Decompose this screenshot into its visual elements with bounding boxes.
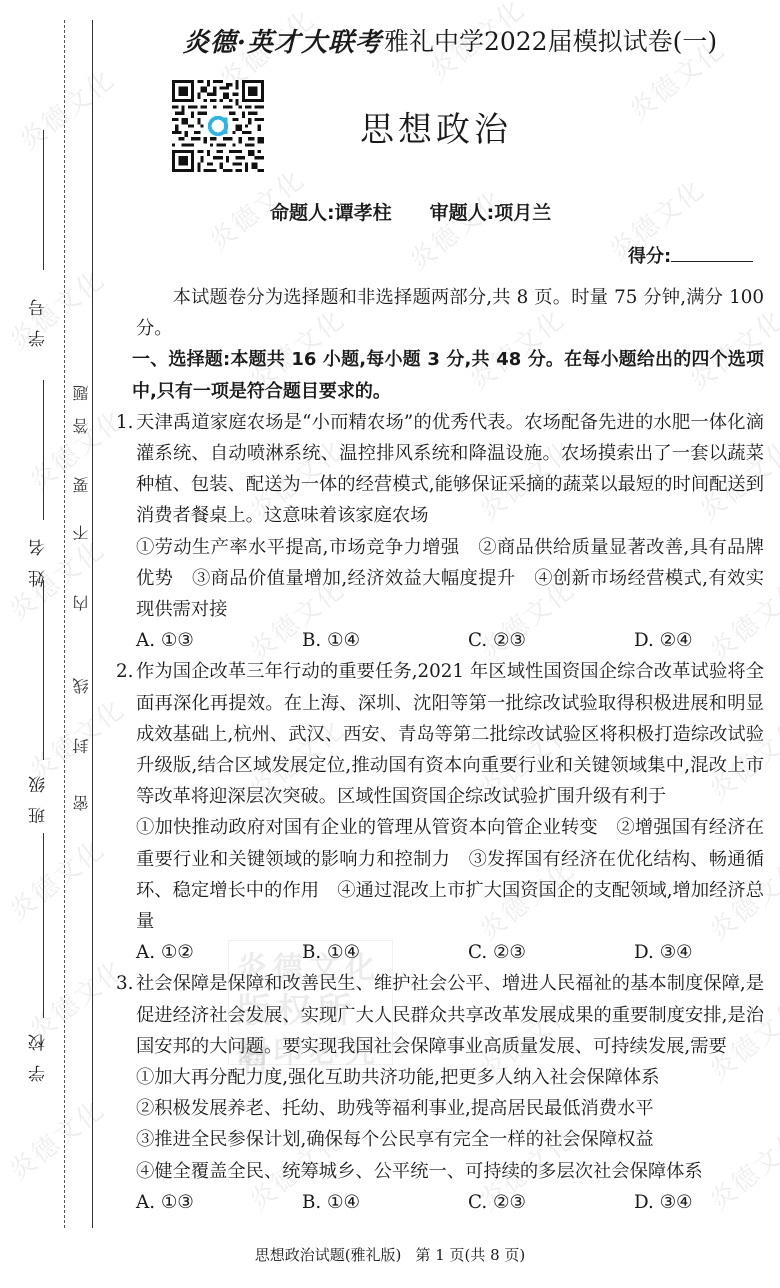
question-3: 3. 社会保障是保障和改善民生、维护社会公平、增进人民福祉的基本制度保障,是促进… [136, 968, 764, 1218]
statement-line: ②积极发展养老、托幼、助残等福利事业,提高居民最低消费水平 [136, 1093, 764, 1124]
footer-title: 思想政治试题(雅礼版) [255, 1246, 402, 1264]
exam-content: 本试题卷分为选择题和非选择题两部分,共 8 页。时量 75 分钟,满分 100 … [136, 282, 764, 1218]
question-number: 3. [116, 968, 133, 999]
option-b[interactable]: B. ①④ [302, 1187, 468, 1218]
question-1: 1. 天津禹道家庭农场是“小而精农场”的优秀代表。农场配备先进的水肥一体化滴灌系… [136, 407, 764, 657]
seal-char: 不 [70, 525, 93, 541]
seal-char: 封 [70, 738, 93, 754]
answer-options: A. ①③ B. ①④ C. ②③ D. ②④ [136, 625, 764, 656]
question-2: 2. 作为国企改革三年行动的重要任务,2021 年区域性国资国企综合改革试验将全… [136, 656, 764, 968]
option-a[interactable]: A. ①③ [136, 625, 302, 656]
setter: 命题人:谭孝柱 [270, 202, 392, 224]
subject-title: 思想政治 [360, 102, 512, 151]
watermark-text: 炎德文化 [0, 829, 111, 927]
statement-line: ③推进全民参保计划,确保每个公民享有完全一样的社会保障权益 [136, 1124, 764, 1155]
score-field[interactable]: 得分: [628, 242, 753, 268]
question-stem: 天津禹道家庭农场是“小而精农场”的优秀代表。农场配备先进的水肥一体化滴灌系统、自… [136, 407, 764, 532]
option-a[interactable]: A. ①② [136, 937, 302, 968]
question-number: 2. [116, 656, 133, 687]
school-line [43, 833, 44, 1018]
page-footer: 思想政治试题(雅礼版)第 1 页(共 8 页) [0, 1244, 780, 1265]
seal-dashed-line [64, 20, 65, 1228]
seal-char: 答 [70, 418, 93, 434]
seal-char: 线 [70, 678, 93, 694]
watermark-text: 炎德文化 [0, 529, 111, 627]
section-heading: 一、选择题:本题共 16 小题,每小题 3 分,共 48 分。在每小题给出的四个… [132, 344, 764, 406]
option-c[interactable]: C. ②③ [468, 625, 634, 656]
option-c[interactable]: C. ②③ [468, 1187, 634, 1218]
question-stem: 社会保障是保障和改善民生、维护社会公平、增进人民福祉的基本制度保障,是促进经济社… [136, 968, 764, 1062]
watermark-text: 炎德文化 [0, 1089, 111, 1187]
option-b[interactable]: B. ①④ [302, 625, 468, 656]
authors-line: 命题人:谭孝柱审题人:项月兰 [270, 198, 551, 225]
option-b[interactable]: B. ①④ [302, 937, 468, 968]
answer-options: A. ①② B. ①④ C. ②③ D. ③④ [136, 937, 764, 968]
seal-solid-line [92, 20, 93, 1228]
intro-text: 本试题卷分为选择题和非选择题两部分,共 8 页。时量 75 分钟,满分 100 … [136, 282, 764, 344]
student-id-label: 学号 [26, 285, 51, 347]
watermark-text: 炎德文化 [10, 59, 121, 157]
statement-line: ①加大再分配力度,强化互助共济功能,把更多人纳入社会保障体系 [136, 1062, 764, 1093]
option-d[interactable]: D. ③④ [634, 937, 692, 968]
school-label: 学校 [26, 1020, 51, 1082]
option-a[interactable]: A. ①③ [136, 1187, 302, 1218]
watermark-text: 炎德文化 [400, 179, 511, 277]
class-line [43, 580, 44, 760]
question-statements: ①加快推动政府对国有企业的管理从管资本向管企业转变 ②增强国有经济在重要行业和关… [136, 812, 764, 937]
score-blank[interactable] [671, 244, 753, 262]
seal-char: 题 [70, 385, 93, 401]
watermark-text: 炎德文化 [0, 259, 111, 357]
question-stem: 作为国企改革三年行动的重要任务,2021 年区域性国资国企综合改革试验将全面再深… [136, 656, 764, 812]
student-id-line [43, 130, 44, 270]
exam-brand: 炎德·英才大联考 [183, 22, 382, 59]
class-label: 班级 [26, 762, 51, 824]
reviewer: 审题人:项月兰 [430, 202, 552, 224]
option-c[interactable]: C. ②③ [468, 937, 634, 968]
question-number: 1. [116, 407, 133, 438]
option-d[interactable]: D. ②④ [634, 625, 692, 656]
qr-code-icon[interactable] [172, 80, 264, 172]
exam-title: 雅礼中学2022届模拟试卷(一) [384, 22, 717, 58]
name-line [43, 380, 44, 520]
seal-char: 密 [70, 795, 93, 811]
score-label: 得分: [628, 246, 671, 267]
exam-header: 炎德·英才大联考 雅礼中学2022届模拟试卷(一) [130, 20, 770, 60]
page-number: 第 1 页(共 8 页) [415, 1246, 525, 1264]
answer-options: A. ①③ B. ①④ C. ②③ D. ③④ [136, 1187, 764, 1218]
statement-line: ④健全覆盖全民、统筹城乡、公平统一、可持续的多层次社会保障体系 [136, 1156, 764, 1187]
seal-char: 要 [70, 477, 93, 493]
name-label: 姓名 [26, 525, 51, 587]
seal-char: 内 [70, 595, 93, 611]
option-d[interactable]: D. ③④ [634, 1187, 692, 1218]
question-statements: ①劳动生产率水平提高,市场竞争力增强 ②商品供给质量显著改善,具有品牌优势 ③商… [136, 532, 764, 626]
